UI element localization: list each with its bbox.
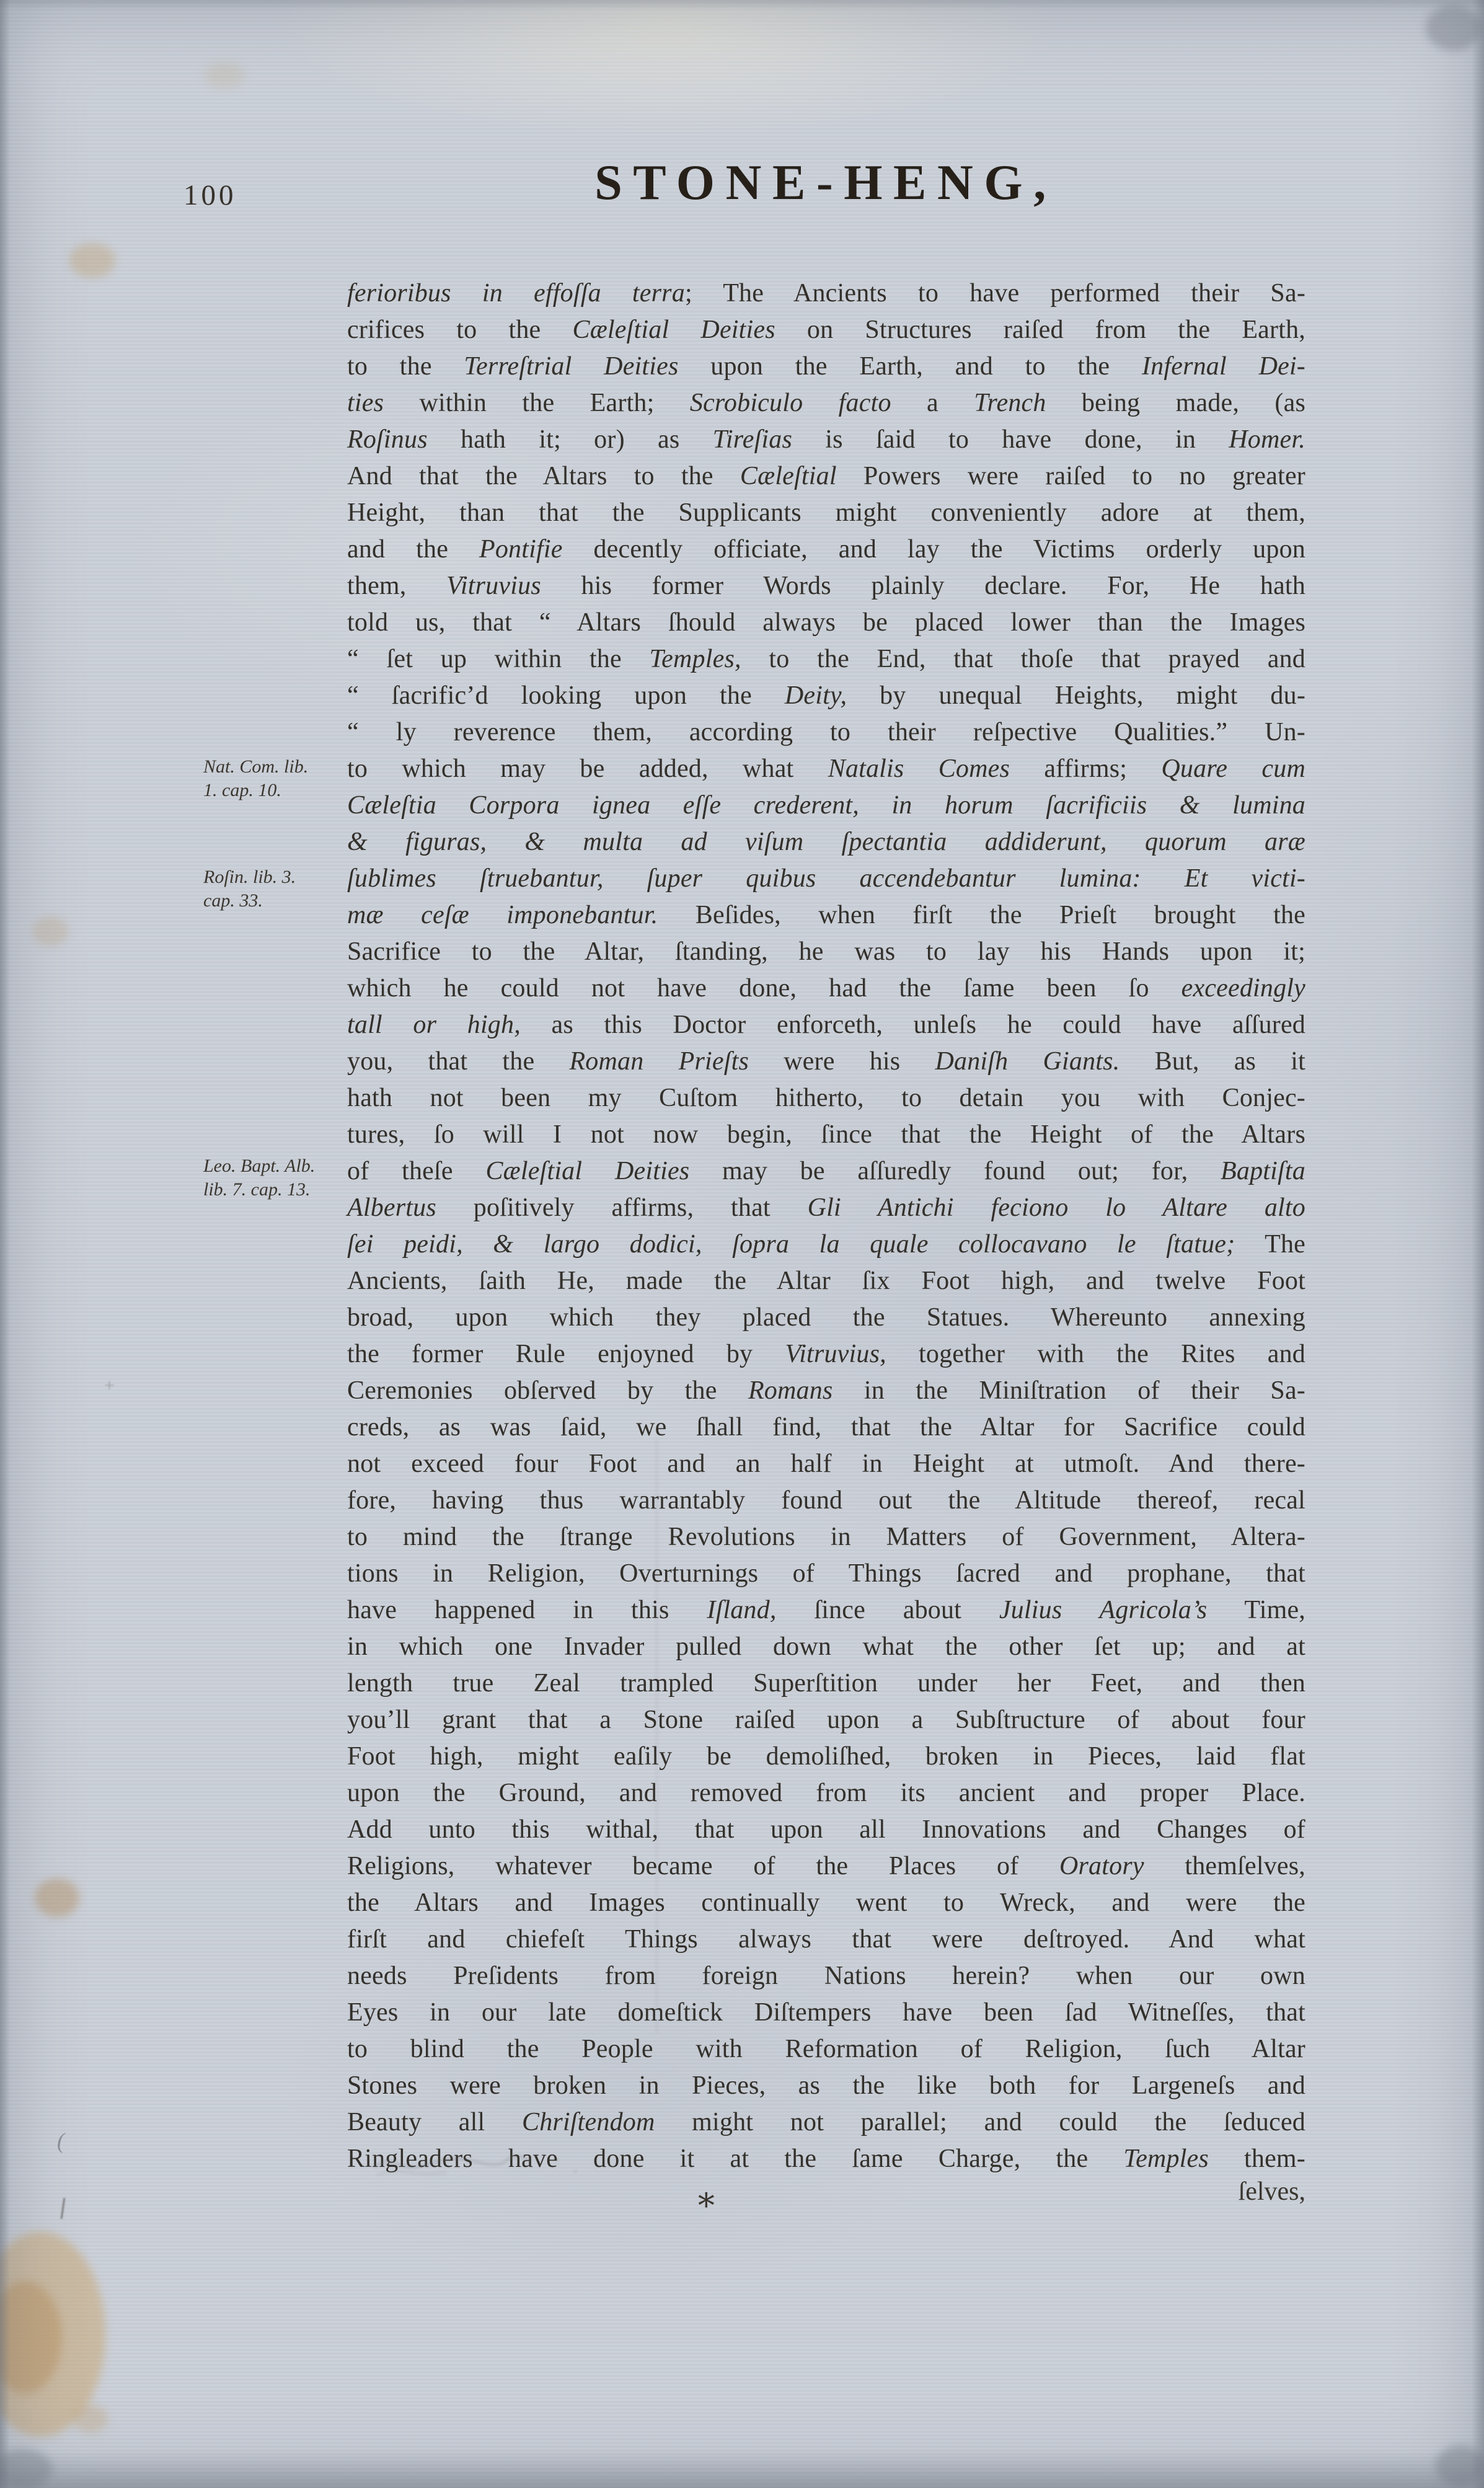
text-line: you’ll grant that a Stone raiſed upon a … — [347, 1702, 1305, 1738]
text-line: the former Rule enjoyned by Vitruvius, t… — [347, 1336, 1305, 1373]
text-line: hath not been my Cuſtom hitherto, to det… — [347, 1080, 1305, 1117]
text-line: fore, having thus warrantably found out … — [347, 1482, 1305, 1519]
text-line: and the Pontifie decently officiate, and… — [347, 531, 1305, 568]
text-line: to which may be added, what Natalis Come… — [347, 751, 1305, 787]
text-line: Add unto this withal, that upon all Inno… — [347, 1812, 1305, 1848]
foxing-spot — [69, 243, 115, 278]
text-line: Eyes in our late domeſtick Diſtempers ha… — [347, 1994, 1305, 2031]
page-edge-right — [1472, 0, 1484, 2488]
foxing-stain-large — [0, 2232, 105, 2437]
catchword: ſelves, — [347, 2174, 1305, 2210]
text-line: tures, ſo will I not now begin, ſince th… — [347, 1117, 1305, 1153]
text-line: you, that the Roman Prieſts were his Dan… — [347, 1043, 1305, 1080]
text-line: Beauty all Chriſtendom might not paralle… — [347, 2104, 1305, 2141]
text-line: the Altars and Images continually went t… — [347, 1885, 1305, 1921]
text-line: Religions, whatever became of the Places… — [347, 1848, 1305, 1885]
margin-note-line: cap. 33. — [203, 889, 352, 913]
margin-note-line: 1. cap. 10. — [203, 779, 352, 802]
text-line: ties within the Earth; Scrobiculo facto … — [347, 385, 1305, 422]
margin-note-line: lib. 7. cap. 13. — [203, 1178, 352, 1202]
margin-paren-mark: ( — [57, 2128, 64, 2154]
paper-fiber — [61, 2198, 66, 2219]
text-line: of theſe Cæleſtial Deities may be aſſure… — [347, 1153, 1305, 1190]
page-edge-top — [0, 0, 1484, 10]
margin-note-line: Roſin. lib. 3. — [203, 865, 352, 889]
margin-note-line: Leo. Bapt. Alb. — [203, 1154, 352, 1178]
text-line: “ ly reverence them, according to their … — [347, 714, 1305, 751]
text-line: Ringleaders have done it at the ſame Cha… — [347, 2141, 1305, 2177]
text-line: which he could not have done, had the ſa… — [347, 970, 1305, 1007]
text-line: mæ ceſæ imponebantur. Beſides, when firſ… — [347, 897, 1305, 934]
text-line: tions in Religion, Overturnings of Thing… — [347, 1556, 1305, 1592]
text-line: tall or high, as this Doctor enforceth, … — [347, 1007, 1305, 1043]
foxing-spot — [73, 2404, 108, 2433]
text-line: have happened in this Iſland, ſince abou… — [347, 1592, 1305, 1629]
page-title: STONE-HENG, — [594, 155, 1057, 211]
text-line: to mind the ſtrange Revolutions in Matte… — [347, 1519, 1305, 1556]
text-line: broad, upon which they placed the Statue… — [347, 1299, 1305, 1336]
text-line: to blind the People with Reformation of … — [347, 2031, 1305, 2068]
text-line: And that the Altars to the Cæleſtial Pow… — [347, 458, 1305, 495]
text-line: length true Zeal trampled Superſtition u… — [347, 1665, 1305, 1702]
text-line: ferioribus in effoſſa terra; The Ancient… — [347, 275, 1305, 312]
text-line: “ ſacrific’d looking upon the Deity, by … — [347, 678, 1305, 714]
signature-mark: ∗ — [695, 2182, 718, 2216]
text-line: crifices to the Cæleſtial Deities on Str… — [347, 312, 1305, 348]
text-line: creds, as was ſaid, we ſhall find, that … — [347, 1409, 1305, 1446]
foxing-spot — [32, 916, 68, 946]
foxing-stain-core — [0, 2282, 62, 2393]
text-line: Ceremonies obſerved by the Romans in the… — [347, 1373, 1305, 1409]
text-line: in which one Invader pulled down what th… — [347, 1629, 1305, 1665]
text-line: told us, that “ Altars ſhould always be … — [347, 604, 1305, 641]
text-line: ſublimes ſtruebantur, ſuper quibus accen… — [347, 861, 1305, 897]
body-text: ferioribus in effoſſa terra; The Ancient… — [347, 275, 1305, 2177]
corner-shadow — [1436, 2445, 1484, 2486]
corner-shadow — [0, 2449, 52, 2488]
text-line: them, Vitruvius his former Words plainly… — [347, 568, 1305, 604]
book-page-scan: 100 STONE-HENG, Nat. Com. lib. 1. cap. 1… — [0, 0, 1484, 2488]
text-line: firſt and chiefeſt Things always that we… — [347, 1921, 1305, 1958]
margin-note: Roſin. lib. 3. cap. 33. — [203, 865, 352, 913]
margin-note: Nat. Com. lib. 1. cap. 10. — [203, 755, 352, 802]
corner-shadow — [1426, 5, 1482, 51]
text-line: needs Preſidents from foreign Nations he… — [347, 1958, 1305, 1994]
text-line: Foot high, might eaſily be demoliſhed, b… — [347, 1738, 1305, 1775]
text-line: Sacrifice to the Altar, ſtanding, he was… — [347, 934, 1305, 970]
text-line: Roſinus hath it; or) as Tireſias is ſaid… — [347, 422, 1305, 458]
page-number: 100 — [183, 179, 237, 212]
page-edge-left — [0, 0, 10, 2488]
margin-plus-mark: + — [104, 1375, 115, 1396]
text-line: Cæleſtia Corpora ignea eſſe crederent, i… — [347, 787, 1305, 824]
text-line: & figuras, & multa ad viſum ſpectantia a… — [347, 824, 1305, 861]
margin-note-line: Nat. Com. lib. — [203, 755, 352, 779]
text-line: ſei peidi, & largo dodici, ſopra la qual… — [347, 1226, 1305, 1263]
text-line: Height, than that the Supplicants might … — [347, 495, 1305, 531]
page-edge-bottom — [0, 2451, 1484, 2488]
foxing-spot — [205, 62, 244, 88]
text-line: Stones were broken in Pieces, as the lik… — [347, 2068, 1305, 2104]
text-line: to the Terreſtrial Deities upon the Eart… — [347, 348, 1305, 385]
margin-note: Leo. Bapt. Alb. lib. 7. cap. 13. — [203, 1154, 352, 1202]
text-line: “ ſet up within the Temples, to the End,… — [347, 641, 1305, 678]
text-line: not exceed four Foot and an half in Heig… — [347, 1446, 1305, 1482]
foxing-spot — [35, 1879, 79, 1917]
text-line: upon the Ground, and removed from its an… — [347, 1775, 1305, 1812]
text-line: Ancients, ſaith He, made the Altar ſix F… — [347, 1263, 1305, 1299]
text-line: Albertus poſitively affirms, that Gli An… — [347, 1190, 1305, 1226]
